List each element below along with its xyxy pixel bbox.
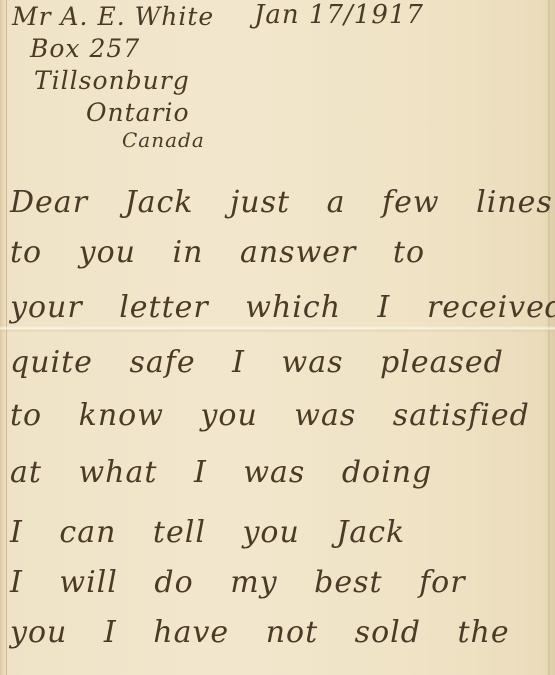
body-line-2: to you in answer to: [10, 235, 425, 270]
paper-left-edge: [6, 0, 7, 675]
letter-date: Jan 17/1917: [254, 0, 424, 30]
address-line-province: Ontario: [86, 98, 190, 127]
body-line-7: I can tell you Jack: [10, 515, 405, 550]
address-line-name: Mr A. E. White: [12, 2, 214, 31]
address-line-box: Box 257: [30, 34, 140, 63]
body-line-1: Dear Jack just a few lines: [10, 185, 553, 220]
body-line-5: to know you was satisfied: [10, 398, 530, 433]
address-line-country: Canada: [122, 128, 205, 152]
body-line-6: at what I was doing: [10, 455, 432, 490]
body-line-3: your letter which I received: [10, 290, 555, 325]
body-line-8: I will do my best for: [10, 565, 466, 600]
address-line-town: Tillsonburg: [34, 66, 190, 95]
paper-right-edge: [548, 0, 550, 675]
body-line-9: you I have not sold the: [10, 615, 510, 650]
body-line-4: quite safe I was pleased: [10, 345, 504, 380]
paper-fold-crease: [0, 326, 555, 332]
